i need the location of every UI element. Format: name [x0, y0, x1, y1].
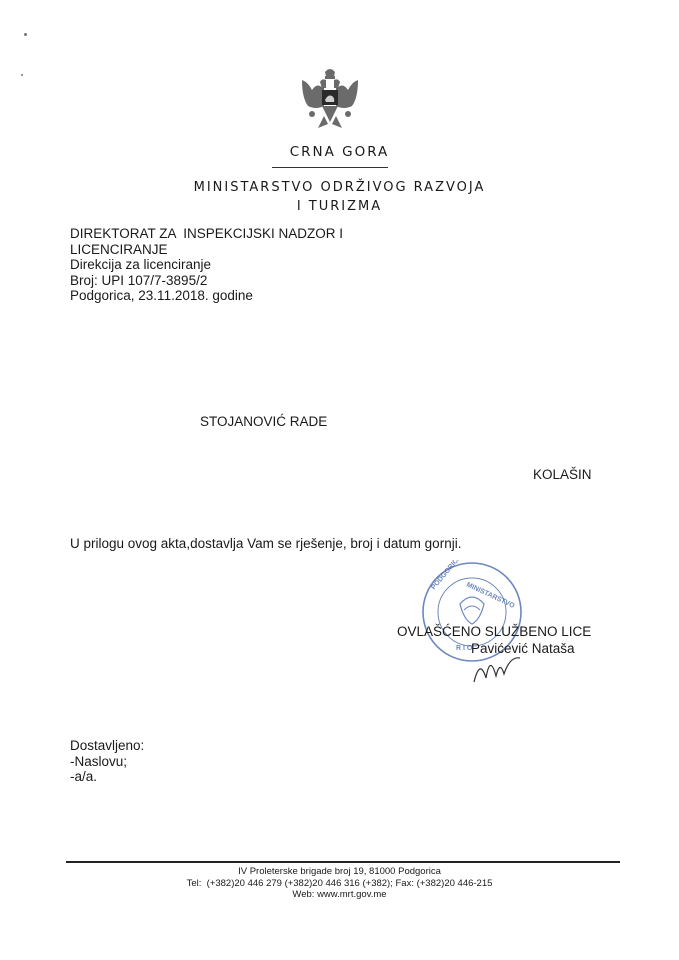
delivery-item: -Naslovu;	[70, 754, 144, 770]
department: Direkcija za licenciranje	[70, 257, 343, 273]
scan-speck	[21, 74, 23, 76]
footer-address: IV Proleterske brigade broj 19, 81000 Po…	[0, 866, 679, 878]
addressee-name: STOJANOVIĆ RADE	[200, 414, 327, 429]
scan-speck	[24, 33, 27, 36]
document-header: DIREKTORAT ZA INSPEKCIJSKI NADZOR I LICE…	[70, 226, 343, 304]
country-name: CRNA GORA	[0, 144, 679, 160]
directorate-line2: LICENCIRANJE	[70, 242, 343, 258]
reference-number: Broj: UPI 107/7-3895/2	[70, 273, 343, 289]
delivery-list: Dostavljeno: -Naslovu; -a/a.	[70, 738, 144, 785]
ministry-name-line1: MINISTARSTVO ODRŽIVOG RAZVOJA	[0, 178, 679, 197]
body-text: U prilogu ovog akta,dostavlja Vam se rje…	[70, 536, 461, 551]
signatory-title: OVLAŠĆENO SLUŽBENO LICE	[397, 624, 591, 639]
place-date: Podgorica, 23.11.2018. godine	[70, 288, 343, 304]
footer-contact: Tel: (+382)20 446 279 (+382)20 446 316 (…	[0, 878, 679, 890]
footer-divider	[66, 861, 620, 863]
footer-web: Web: www.mrt.gov.me	[0, 889, 679, 901]
delivery-item: -a/a.	[70, 769, 144, 785]
footer: IV Proleterske brigade broj 19, 81000 Po…	[0, 866, 679, 901]
ministry-name-line2: I TURIZMA	[0, 197, 679, 216]
montenegro-coat-of-arms-icon	[298, 66, 362, 132]
directorate-line1: DIREKTORAT ZA INSPEKCIJSKI NADZOR I	[70, 226, 343, 242]
letterhead-divider	[272, 167, 388, 168]
ministry-name: MINISTARSTVO ODRŽIVOG RAZVOJA I TURIZMA	[0, 178, 679, 216]
handwritten-signature-icon	[470, 648, 530, 686]
addressee-city: KOLAŠIN	[533, 467, 592, 482]
delivery-heading: Dostavljeno:	[70, 738, 144, 754]
